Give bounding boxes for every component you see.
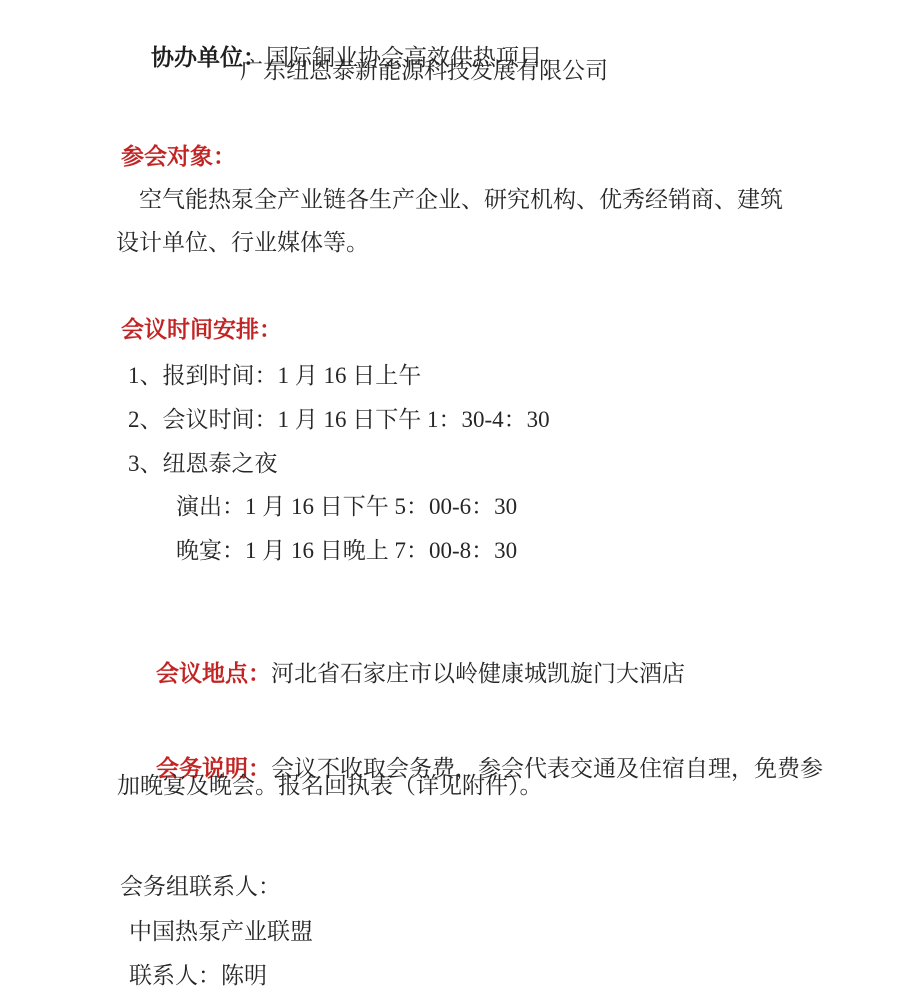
schedule-item3: 3、纽恩泰之夜 bbox=[128, 450, 278, 478]
co-organizer-line2: 广东纽恩泰新能源科技发展有限公司 bbox=[240, 57, 608, 85]
notes-line2: 加晚宴及晚会。报名回执表（详见附件）。 bbox=[117, 772, 543, 800]
schedule-item1: 1、报到时间：1 月 16 日上午 bbox=[128, 362, 421, 390]
schedule-item3-sub2: 晚宴：1 月 16 日晚上 7：00-8：30 bbox=[176, 537, 517, 565]
audience-heading: 参会对象： bbox=[121, 143, 236, 171]
venue-line: 会议地点：河北省石家庄市以岭健康城凯旋门大酒店 bbox=[133, 632, 685, 715]
contacts-person: 联系人：陈明 bbox=[129, 962, 267, 990]
audience-line1: 空气能热泵全产业链各生产企业、研究机构、优秀经销商、建筑 bbox=[139, 186, 783, 214]
venue-label: 会议地点： bbox=[156, 660, 271, 686]
contacts-heading: 会务组联系人： bbox=[120, 873, 281, 901]
contacts-org: 中国热泵产业联盟 bbox=[129, 918, 313, 946]
schedule-item3-sub1: 演出：1 月 16 日下午 5：00-6：30 bbox=[176, 493, 517, 521]
audience-line2: 设计单位、行业媒体等。 bbox=[116, 229, 369, 257]
schedule-heading: 会议时间安排： bbox=[121, 316, 282, 344]
schedule-item2: 2、会议时间：1 月 16 日下午 1：30-4：30 bbox=[128, 406, 550, 434]
document-page: 协办单位：国际铜业协会高效供热项目 广东纽恩泰新能源科技发展有限公司 参会对象：… bbox=[0, 0, 900, 994]
venue-value: 河北省石家庄市以岭健康城凯旋门大酒店 bbox=[271, 661, 685, 686]
